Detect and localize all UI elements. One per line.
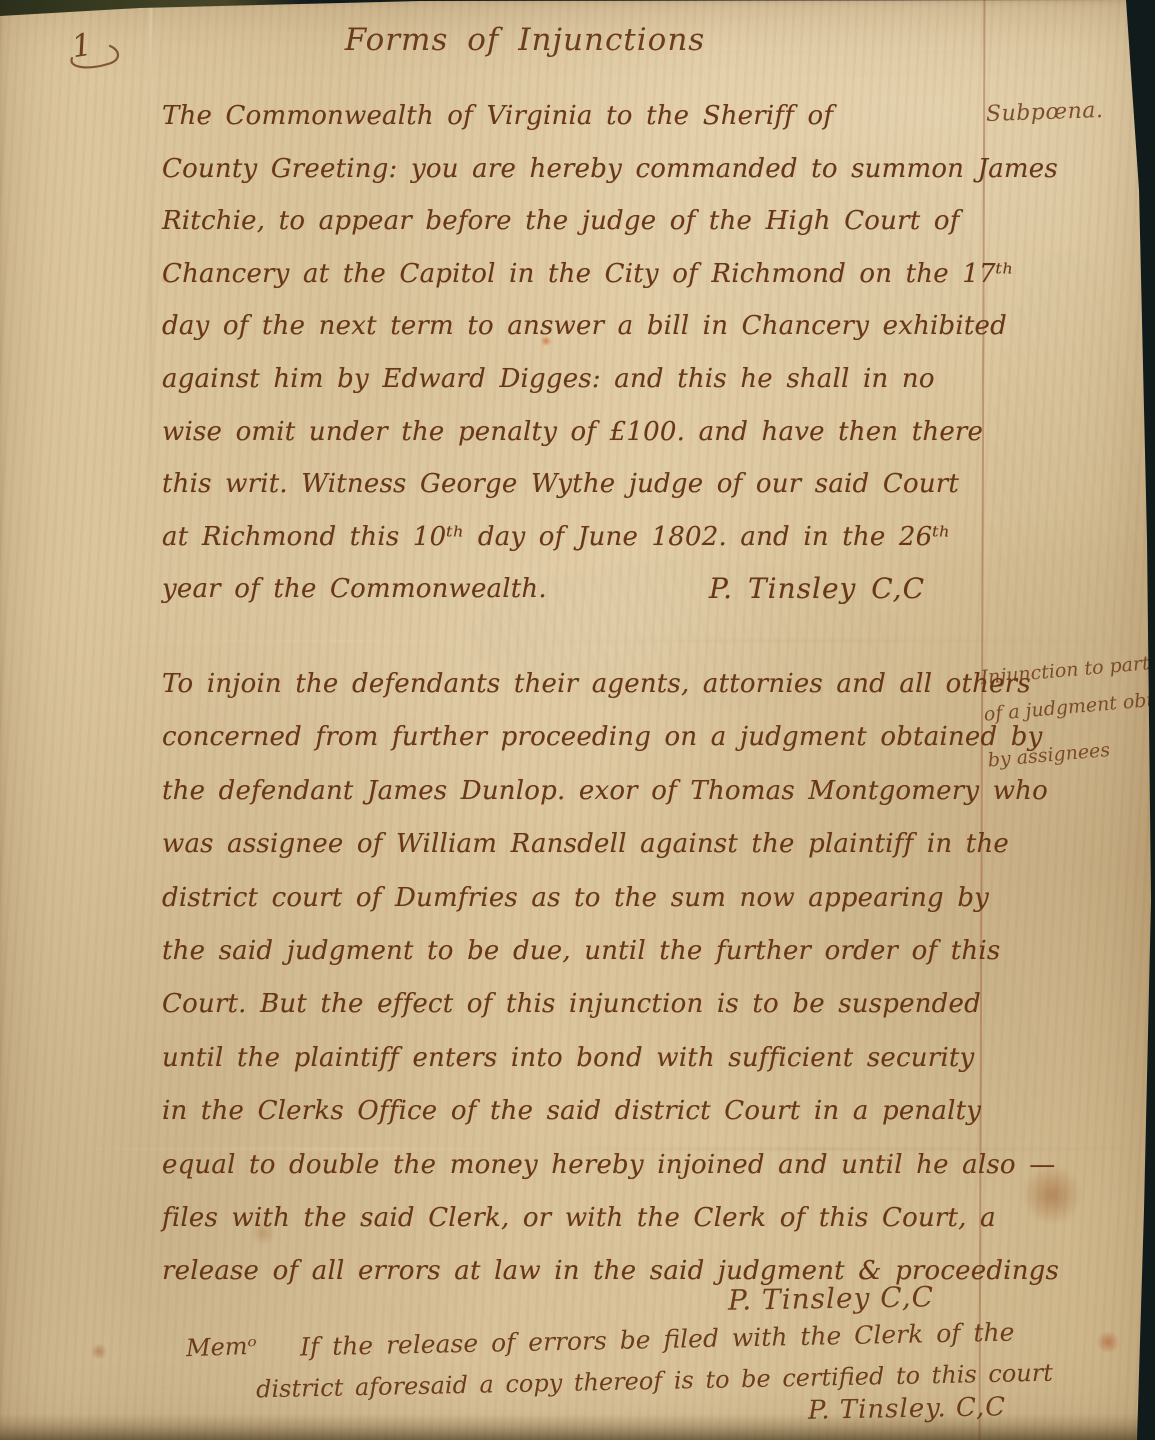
manuscript-line: year of the Commonwealth. P. Tinsley C,C — [162, 563, 980, 616]
stain-spot — [90, 1344, 108, 1359]
margin-note-line: by assignees — [986, 727, 1155, 779]
manuscript-line: If the release of errors be filed with t… — [300, 1318, 1015, 1362]
manuscript-line: Ritchie, to appear before the judge of t… — [162, 195, 980, 248]
manuscript-line: Court. But the effect of this injunction… — [162, 978, 980, 1031]
manuscript-line: the said judgment to be due, until the f… — [162, 925, 980, 978]
margin-note-injunction: Injunction to part of a judgment obtᵈ by… — [979, 644, 1155, 779]
manuscript-line: district court of Dumfries as to the sum… — [162, 872, 980, 925]
manuscript-line: day of the next term to answer a bill in… — [162, 300, 980, 353]
clerk-signature: P. Tinsley C,C — [728, 1280, 935, 1317]
manuscript-line: To injoin the defendants their agents, a… — [162, 658, 980, 711]
manuscript-line: The Commonwealth of Virginia to the Sher… — [162, 90, 980, 143]
paper-crease — [150, 0, 152, 520]
page-title: Forms of Injunctions — [0, 22, 1050, 58]
manuscript-paper: 1 Forms of Injunctions The Commonwealth … — [0, 0, 1155, 1440]
margin-note-subpoena: Subpœna. — [986, 98, 1104, 127]
manuscript-scan: 1 Forms of Injunctions The Commonwealth … — [0, 0, 1155, 1440]
manuscript-line: equal to double the money hereby injoine… — [162, 1139, 980, 1192]
memo-label: Memᵒ — [186, 1332, 258, 1362]
manuscript-line: at Richmond this 10ᵗʰ day of June 1802. … — [162, 511, 980, 564]
manuscript-line: Chancery at the Capitol in the City of R… — [162, 248, 980, 301]
manuscript-line: was assignee of William Ransdell against… — [162, 818, 980, 871]
injunction-form-text: To injoin the defendants their agents, a… — [162, 658, 980, 1299]
manuscript-line: files with the said Clerk, or with the C… — [162, 1192, 980, 1245]
page-bottom-shadow — [0, 1414, 1155, 1440]
stain-spot — [1095, 1332, 1121, 1352]
manuscript-line: the defendant James Dunlop. exor of Thom… — [162, 765, 980, 818]
subpoena-form-text: The Commonwealth of Virginia to the Sher… — [162, 90, 980, 616]
manuscript-line: wise omit under the penalty of £100. and… — [162, 406, 980, 459]
manuscript-line: concerned from further proceeding on a j… — [162, 711, 980, 764]
clerk-signature: P. Tinsley C,C — [709, 563, 925, 616]
manuscript-line: County Greeting: you are hereby commande… — [162, 143, 980, 196]
manuscript-line: until the plaintiff enters into bond wit… — [162, 1032, 980, 1085]
manuscript-line: in the Clerks Office of the said distric… — [162, 1085, 980, 1138]
manuscript-line: against him by Edward Digges: and this h… — [162, 353, 980, 406]
manuscript-line: this writ. Witness George Wythe judge of… — [162, 458, 980, 511]
closing-text: year of the Commonwealth. — [162, 563, 547, 616]
